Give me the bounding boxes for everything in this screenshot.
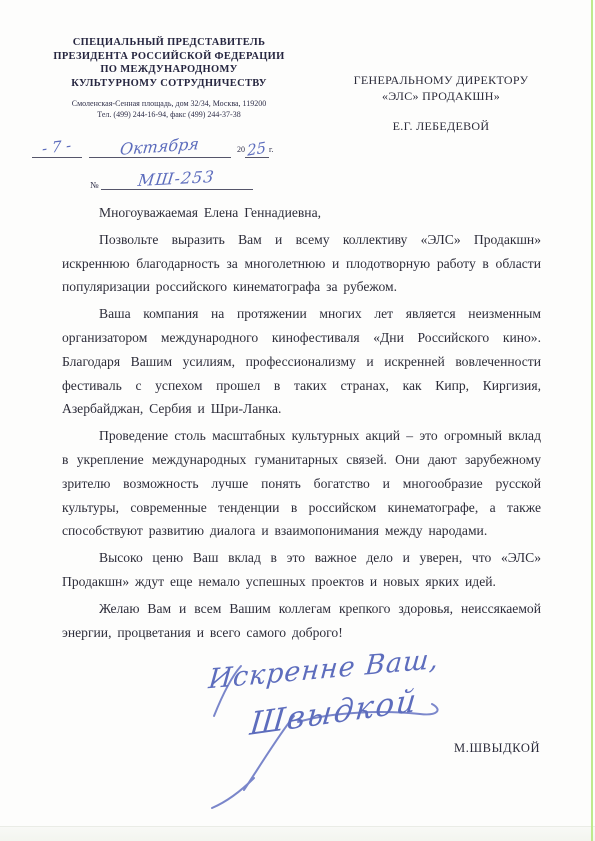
org-name-line: ПРЕЗИДЕНТА РОССИЙСКОЙ ФЕДЕРАЦИИ bbox=[30, 50, 308, 64]
letterhead-address: Смоленская-Сенная площадь, дом 32/34, Мо… bbox=[30, 98, 308, 120]
scan-edge-bottom bbox=[0, 826, 595, 841]
recipient-block: ГЕНЕРАЛЬНОМУ ДИРЕКТОРУ «ЭЛС» ПРОДАКШН» Е… bbox=[305, 72, 577, 134]
phone-fax-line: Тел. (499) 244-16-94, факс (499) 244-37-… bbox=[30, 109, 308, 120]
date-line: - 7 - Октября 2025г. bbox=[30, 132, 308, 158]
body-paragraph: Позвольте выразить Вам и всему коллектив… bbox=[62, 228, 541, 299]
number-label: № bbox=[90, 180, 99, 190]
org-name-line: ПО МЕЖДУНАРОДНОМУ bbox=[30, 63, 308, 77]
scan-edge-right bbox=[591, 0, 593, 841]
body-paragraph: Желаю Вам и всем Вашим коллегам крепкого… bbox=[62, 597, 541, 645]
date-year-blank: 25 bbox=[245, 138, 269, 158]
recipient-name: Е.Г. ЛЕБЕДЕВОЙ bbox=[305, 118, 577, 134]
letterhead: СПЕЦИАЛЬНЫЙ ПРЕДСТАВИТЕЛЬ ПРЕЗИДЕНТА РОС… bbox=[30, 36, 308, 190]
body-paragraph: Высоко ценю Ваш вклад в это важное дело … bbox=[62, 546, 541, 594]
letter-body: Многоуважаемая Елена Геннадиевна, Позвол… bbox=[62, 201, 541, 647]
year-prefix: 20 bbox=[237, 145, 245, 154]
org-name-line: СПЕЦИАЛЬНЫЙ ПРЕДСТАВИТЕЛЬ bbox=[30, 36, 308, 50]
signatory-name: М.ШВЫДКОЙ bbox=[454, 741, 540, 756]
date-day-blank: - 7 - bbox=[32, 138, 82, 158]
date-year-group: 2025г. bbox=[237, 138, 273, 158]
year-suffix: г. bbox=[269, 145, 273, 154]
recipient-title: ГЕНЕРАЛЬНОМУ ДИРЕКТОРУ bbox=[305, 72, 577, 88]
scanned-letter-page: СПЕЦИАЛЬНЫЙ ПРЕДСТАВИТЕЛЬ ПРЕЗИДЕНТА РОС… bbox=[0, 0, 595, 841]
handwritten-number: МШ-253 bbox=[137, 167, 216, 190]
org-name-line: КУЛЬТУРНОМУ СОТРУДНИЧЕСТВУ bbox=[30, 77, 308, 91]
salutation: Многоуважаемая Елена Геннадиевна, bbox=[62, 201, 541, 225]
address-line: Смоленская-Сенная площадь, дом 32/34, Мо… bbox=[30, 98, 308, 109]
handwritten-year: 25 bbox=[247, 138, 266, 159]
signature-block: Искренне Ваш, Швыдкой bbox=[180, 660, 560, 810]
recipient-company: «ЭЛС» ПРОДАКШН» bbox=[305, 88, 577, 104]
number-line: № МШ-253 bbox=[90, 166, 308, 190]
date-month-blank: Октября bbox=[89, 137, 231, 158]
handwritten-day: - 7 - bbox=[42, 136, 71, 158]
body-paragraph: Проведение столь масштабных культурных а… bbox=[62, 424, 541, 543]
handwritten-month: Октября bbox=[120, 134, 201, 159]
body-paragraph: Ваша компания на протяжении многих лет я… bbox=[62, 302, 541, 421]
number-blank: МШ-253 bbox=[101, 169, 253, 190]
